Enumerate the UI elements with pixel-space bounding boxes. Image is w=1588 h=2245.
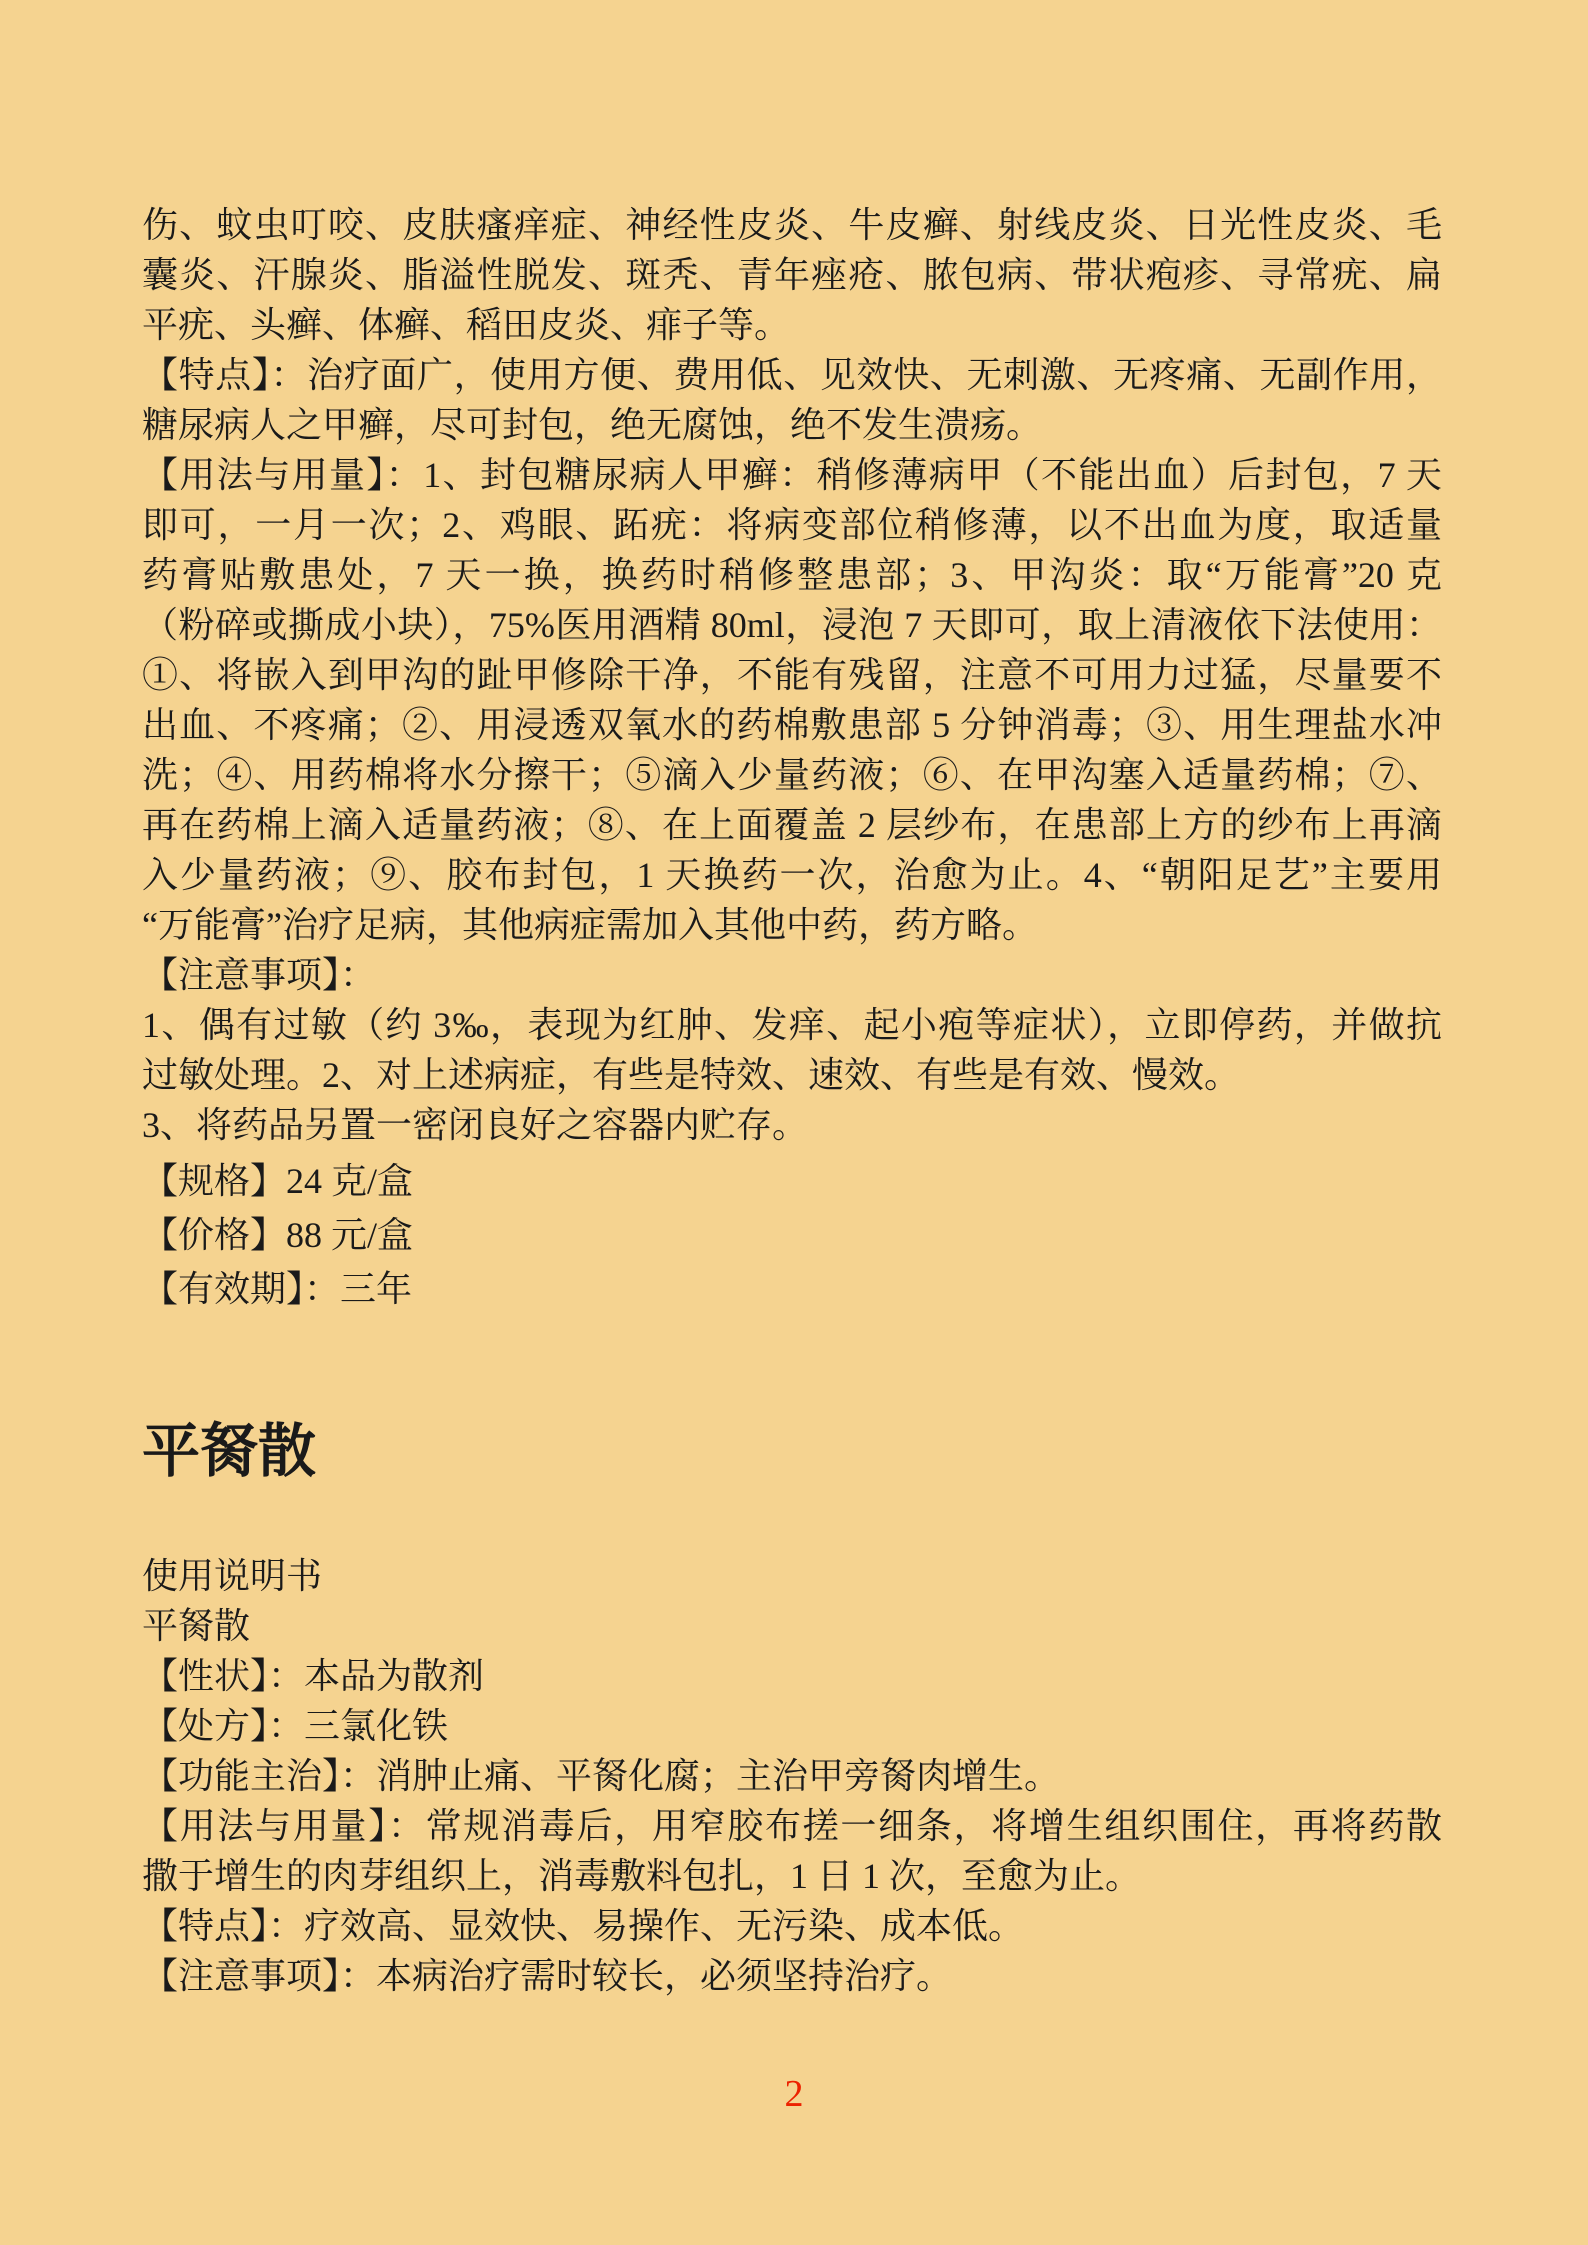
- text-line: 糖尿病人之甲癣，尽可封包，绝无腐蚀，绝不发生溃疡。: [142, 400, 1442, 450]
- text-line: 药膏贴敷患处，7 天一换，换药时稍修整患部；3、甲沟炎：取“万能膏”20 克: [142, 550, 1442, 600]
- text-line: “万能膏”治疗足病，其他病症需加入其他中药，药方略。: [142, 900, 1442, 950]
- text-line: 【功能主治】：消肿止痛、平胬化腐；主治甲旁胬肉增生。: [142, 1751, 1442, 1801]
- product2-body-text: 使用说明书平胬散【性状】：本品为散剂【处方】：三氯化铁【功能主治】：消肿止痛、平…: [142, 1551, 1442, 2001]
- text-line: 【特点】：治疗面广，使用方便、费用低、见效快、无刺激、无疼痛、无副作用，: [142, 350, 1442, 400]
- text-line: 过敏处理。2、对上述病症，有些是特效、速效、有些是有效、慢效。: [142, 1050, 1442, 1100]
- text-line: 平胬散: [142, 1601, 1442, 1651]
- text-line: 【用法与用量】：常规消毒后，用窄胶布搓一细条，将增生组织围住，再将药散: [142, 1801, 1442, 1851]
- text-line: ①、将嵌入到甲沟的趾甲修除干净，不能有残留，注意不可用力过猛，尽量要不: [142, 650, 1442, 700]
- text-line: 【注意事项】：: [142, 950, 1442, 1000]
- text-line: 平疣、头癣、体癣、稻田皮炎、痱子等。: [142, 300, 1442, 350]
- text-line: 入少量药液；⑨、胶布封包，1 天换药一次，治愈为止。4、“朝阳足艺”主要用: [142, 850, 1442, 900]
- text-line: 再在药棉上滴入适量药液；⑧、在上面覆盖 2 层纱布，在患部上方的纱布上再滴: [142, 800, 1442, 850]
- text-line: 囊炎、汗腺炎、脂溢性脱发、斑秃、青年痤疮、脓包病、带状疱疹、寻常疣、扁: [142, 250, 1442, 300]
- text-line: 即可，一月一次；2、鸡眼、跖疣：将病变部位稍修薄，以不出血为度，取适量: [142, 500, 1442, 550]
- text-line: 【处方】：三氯化铁: [142, 1701, 1442, 1751]
- text-line: 【特点】：疗效高、显效快、易操作、无污染、成本低。: [142, 1901, 1442, 1951]
- product1-spec-list: 【规格】24 克/盒【价格】88 元/盒【有效期】：三年: [142, 1154, 1442, 1316]
- text-line: 【价格】88 元/盒: [142, 1208, 1442, 1262]
- text-line: 伤、蚊虫叮咬、皮肤瘙痒症、神经性皮炎、牛皮癣、射线皮炎、日光性皮炎、毛: [142, 200, 1442, 250]
- text-line: 【有效期】：三年: [142, 1262, 1442, 1316]
- text-line: 【规格】24 克/盒: [142, 1154, 1442, 1208]
- text-line: （粉碎或撕成小块），75%医用酒精 80ml，浸泡 7 天即可，取上清液依下法使…: [142, 600, 1442, 650]
- product1-continuation-text: 伤、蚊虫叮咬、皮肤瘙痒症、神经性皮炎、牛皮癣、射线皮炎、日光性皮炎、毛囊炎、汗腺…: [142, 200, 1442, 1150]
- text-line: 【注意事项】：本病治疗需时较长，必须坚持治疗。: [142, 1951, 1442, 2001]
- text-line: 【性状】：本品为散剂: [142, 1651, 1442, 1701]
- page-number: 2: [0, 2072, 1588, 2116]
- text-line: 【用法与用量】：1、封包糖尿病人甲癣：稍修薄病甲（不能出血）后封包，7 天: [142, 450, 1442, 500]
- text-line: 1、偶有过敏（约 3‰，表现为红肿、发痒、起小疱等症状），立即停药，并做抗: [142, 1000, 1442, 1050]
- text-line: 出血、不疼痛；②、用浸透双氧水的药棉敷患部 5 分钟消毒；③、用生理盐水冲: [142, 700, 1442, 750]
- text-line: 使用说明书: [142, 1551, 1442, 1601]
- page-body: 伤、蚊虫叮咬、皮肤瘙痒症、神经性皮炎、牛皮癣、射线皮炎、日光性皮炎、毛囊炎、汗腺…: [142, 200, 1442, 2001]
- text-line: 撒于增生的肉芽组织上，消毒敷料包扎，1 日 1 次，至愈为止。: [142, 1851, 1442, 1901]
- text-line: 洗；④、用药棉将水分擦干；⑤滴入少量药液；⑥、在甲沟塞入适量药棉；⑦、: [142, 750, 1442, 800]
- document-page: 伤、蚊虫叮咬、皮肤瘙痒症、神经性皮炎、牛皮癣、射线皮炎、日光性皮炎、毛囊炎、汗腺…: [0, 0, 1588, 2245]
- text-line: 3、将药品另置一密闭良好之容器内贮存。: [142, 1100, 1442, 1150]
- product2-heading: 平胬散: [142, 1420, 1442, 1484]
